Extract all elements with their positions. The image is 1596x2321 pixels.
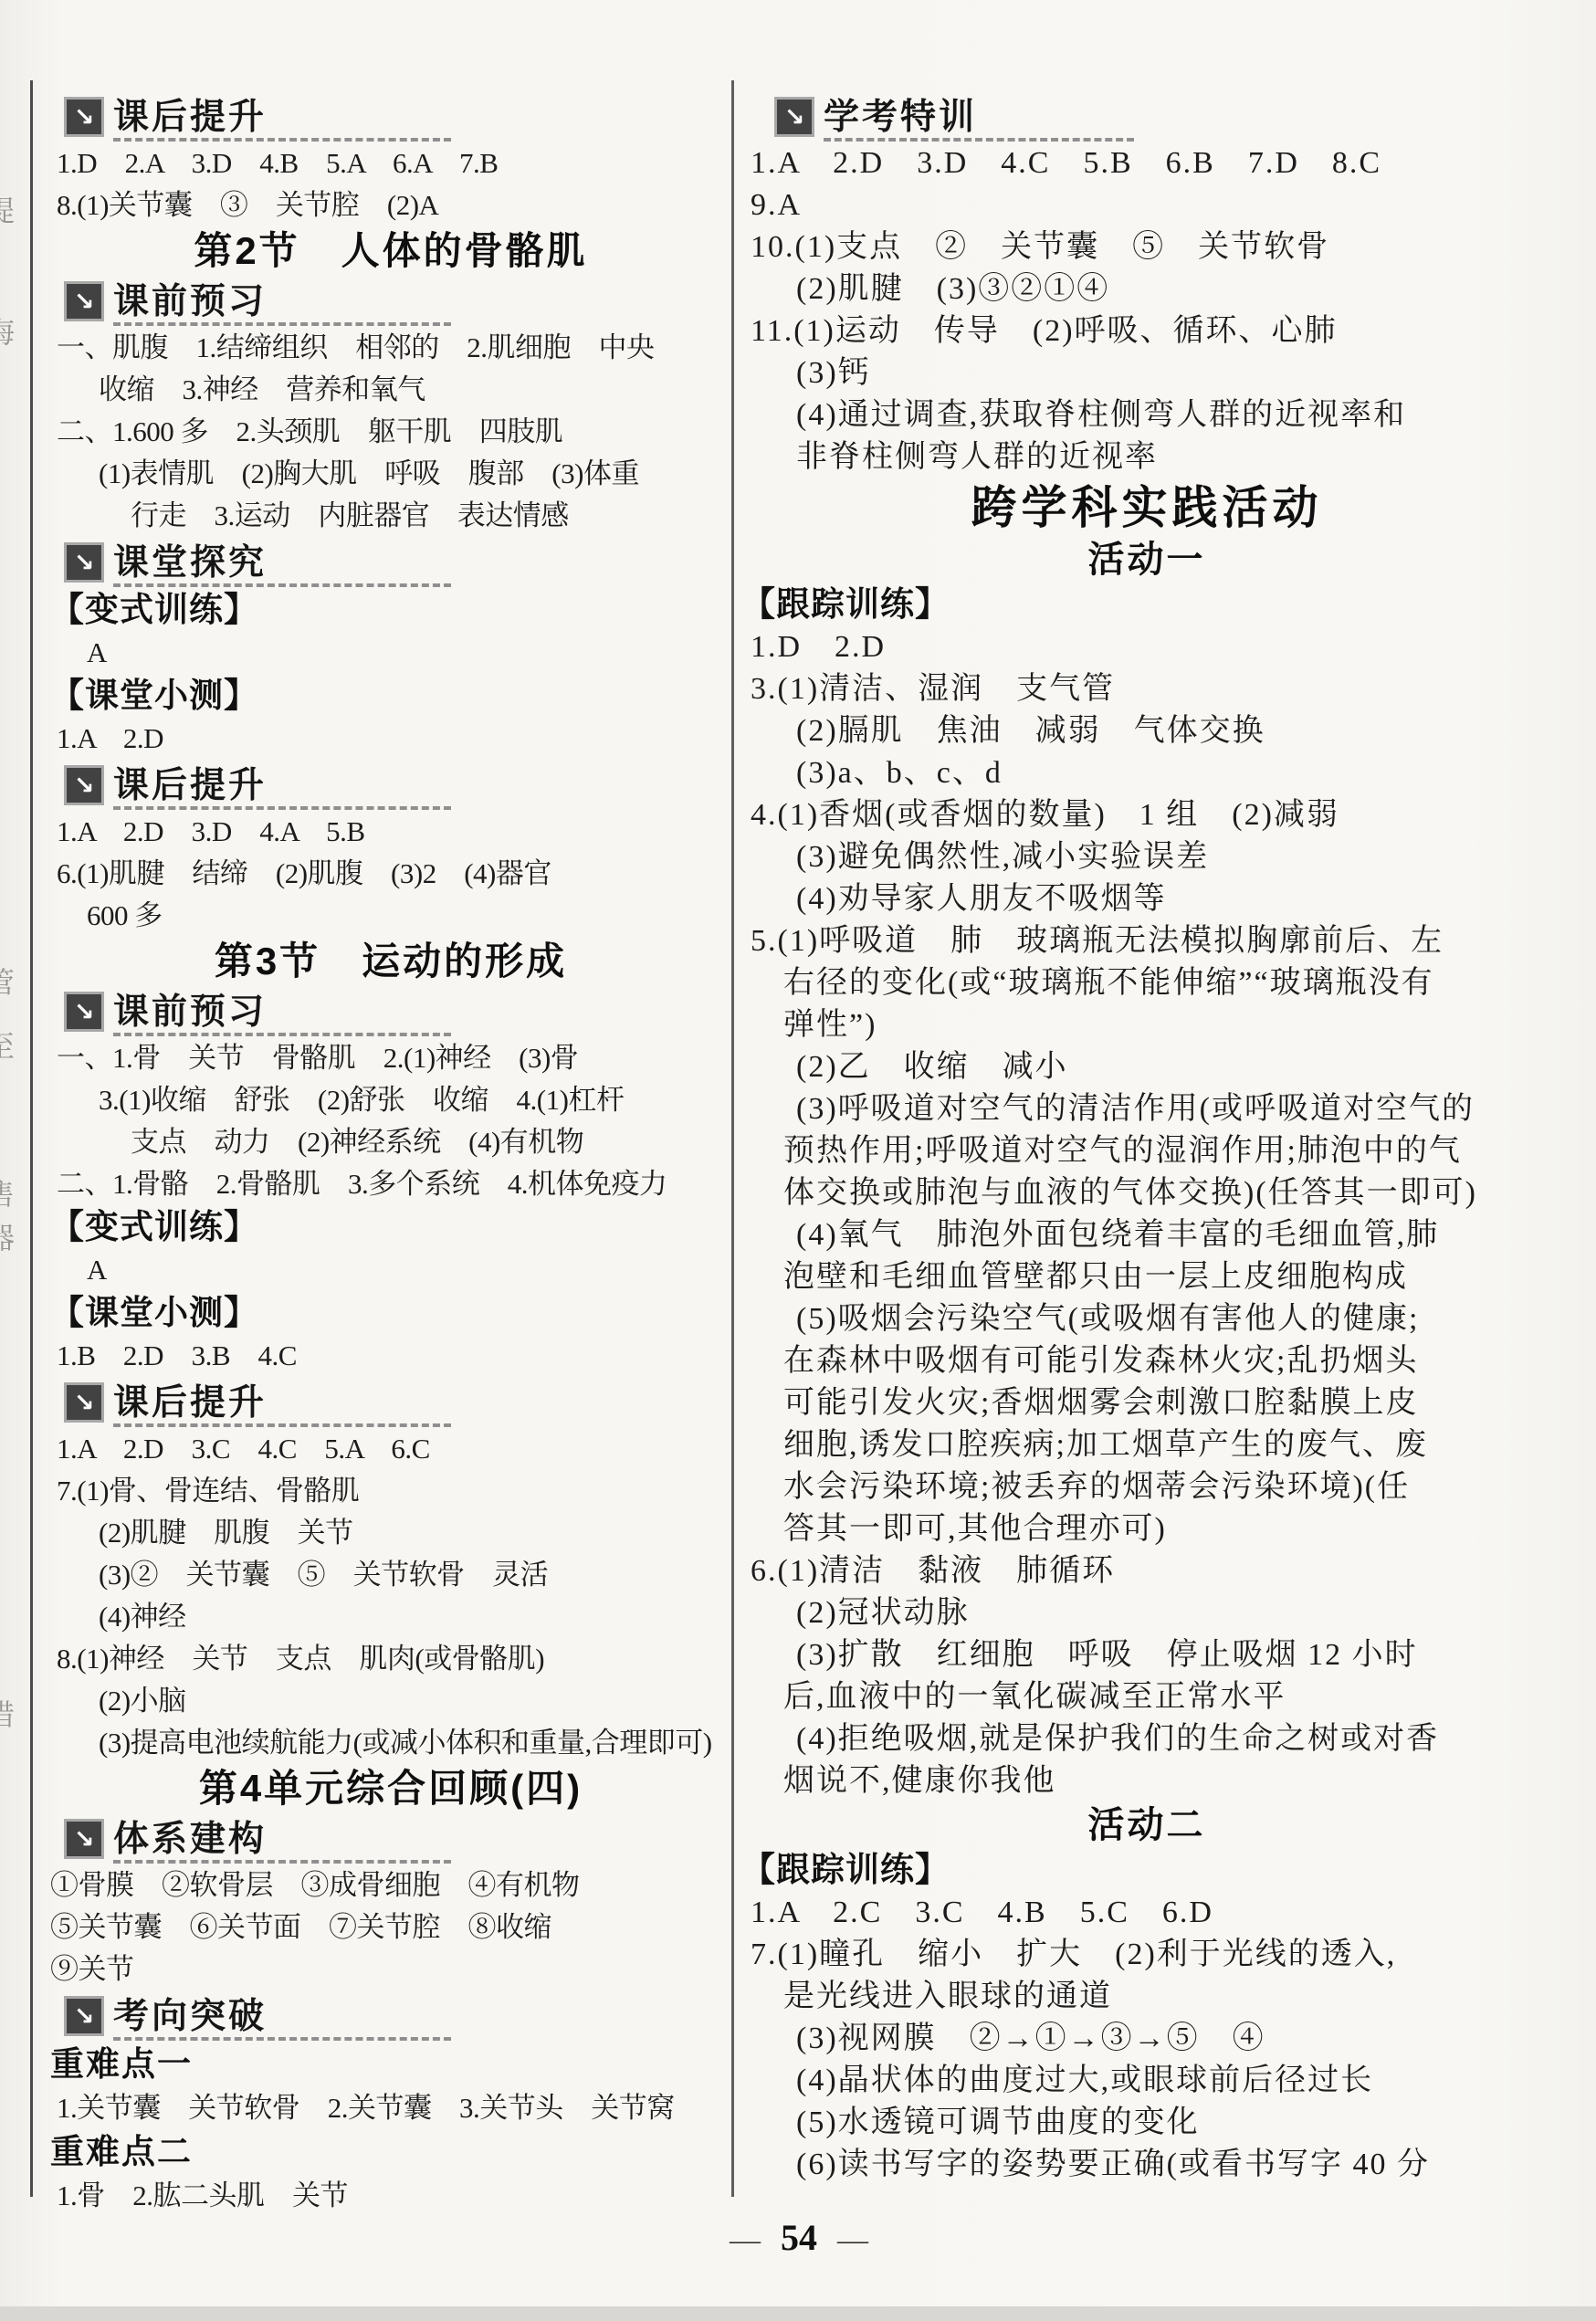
text-line: 7.(1)瞳孔 缩小 扩大 (2)利于光线的透入, [741,1934,1552,1976]
edge-artifact: 措 [0,1700,15,1729]
text-line: (4)晶状体的曲度过大,或眼球前后径过长 [741,2060,1552,2102]
text-line: ⑤关节囊 ⑥关节面 ⑦关节腔 ⑧收缩 [50,1906,731,1948]
arrow-badge-icon: ↘ [64,1382,104,1423]
text-line: A [50,1249,731,1291]
answer-line: 1.A 2.D 3.C 4.C 5.A 6.C [50,1428,731,1470]
section-header-underline [113,1860,451,1864]
answer-line: 1.A 2.D [50,718,731,760]
answer-line: 1.A 2.D 3.D 4.C 5.B 6.B 7.D 8.C [741,142,1552,184]
text-line: 3.(1)清洁、湿润 支气管 [741,668,1552,710]
answer-line: 1.B 2.D 3.B 4.C [50,1335,731,1377]
chapter-heading: 第4单元综合回顾(四) [50,1764,731,1813]
section-header-label: 课前预习 [113,284,267,320]
text-line: 右径的变化(或“玻璃瓶不能伸缩”“玻璃瓶没有 [741,962,1552,1004]
text-line: 细胞,诱发口腔疾病;加工烟草产生的废气、废 [741,1424,1552,1466]
text-line: (4)劝导家人朋友不吸烟等 [741,878,1552,920]
text-line: (4)神经 [50,1596,731,1638]
text-line: 10.(1)支点 ② 关节囊 ⑤ 关节软骨 [741,226,1552,268]
section-header-underline [113,2037,451,2041]
section-header: ↘课前预习 [50,986,731,1037]
bracket-heading: 【跟踪训练】 [741,1848,1552,1892]
text-line: 1.关节囊 关节软骨 2.关节囊 3.关节头 关节窝 [50,2087,731,2129]
section-header-underline [113,806,451,810]
text-line: ①骨膜 ②软骨层 ③成骨细胞 ④有机物 [50,1864,731,1906]
text-line: 3.(1)收缩 舒张 (2)舒张 收缩 4.(1)杠杆 [50,1079,731,1121]
edge-artifact: 器 [0,1224,15,1253]
page-number-dash-left: — [730,2223,761,2257]
page-edge-artifacts: 提海管至售器1措 [0,0,55,2321]
text-line: 答其一即可,其他合理亦可) [741,1508,1552,1550]
text-line: 7.(1)骨、骨连结、骨骼肌 [50,1470,731,1512]
text-line: 水会污染环境;被丢弃的烟蒂会污染环境)(任 [741,1466,1552,1508]
key-point-heading: 重难点二 [50,2129,731,2175]
chapter-heading: 第3节 运动的形成 [50,937,731,986]
text-line: 烟说不,健康你我他 [741,1760,1552,1802]
section-header-label: 学考特训 [824,100,977,135]
text-line: ⑨关节 [50,1948,731,1990]
section-header: ↘考向突破 [50,1990,731,2042]
section-header-underline [113,1423,451,1427]
text-line: 8.(1)关节囊 ③ 关节腔 (2)A [50,184,731,226]
text-line: (2)乙 收缩 减小 [741,1046,1552,1088]
section-header-underline [113,1033,451,1036]
text-line: (3)提高电池续航能力(或减小体积和重量,合理即可) [50,1722,731,1764]
section-header: ↘课堂探究 [50,537,731,588]
section-header-underline [113,322,451,326]
text-line: (2)冠状动脉 [741,1592,1552,1634]
text-line: (3)避免偶然性,减小实验误差 [741,836,1552,878]
bracket-heading: 【变式训练】 [50,588,731,632]
edge-artifact: 提 [0,196,15,226]
edge-artifact: 管 [0,968,15,997]
text-line: (6)读书写字的姿势要正确(或看书写字 40 分 [741,2144,1552,2186]
right-column: ↘学考特训1.A 2.D 3.D 4.C 5.B 6.B 7.D 8.C9.A1… [741,91,1552,2186]
text-line: 支点 动力 (2)神经系统 (4)有机物 [50,1121,731,1163]
text-line: A [50,632,731,674]
text-line: 6.(1)肌腱 结缔 (2)肌腹 (3)2 (4)器官 [50,853,731,895]
section-header-label: 课后提升 [113,100,267,135]
text-line: 后,血液中的一氧化碳减至正常水平 [741,1676,1552,1718]
text-line: 6.(1)清洁 黏液 肺循环 [741,1550,1552,1592]
text-line: (3)a、b、c、d [741,752,1552,794]
edge-artifact: 售 [0,1180,15,1209]
bracket-heading: 【课堂小测】 [50,1291,731,1335]
arrow-badge-icon: ↘ [774,97,814,137]
text-line: 可能引发火灾;香烟烟雾会刺激口腔黏膜上皮 [741,1382,1552,1424]
arrow-badge-icon: ↘ [64,992,104,1032]
text-line: 5.(1)呼吸道 肺 玻璃瓶无法模拟胸廓前后、左 [741,920,1552,962]
section-header-label: 课后提升 [113,768,267,803]
text-line: 一、肌腹 1.结缔组织 相邻的 2.肌细胞 中央 [50,327,731,369]
text-line: 一、1.骨 关节 骨骼肌 2.(1)神经 (3)骨 [50,1037,731,1079]
text-line: 预热作用;呼吸道对空气的湿润作用;肺泡中的气 [741,1130,1552,1172]
section-header-label: 课堂探究 [113,545,267,581]
text-line: (2)小脑 [50,1680,731,1722]
text-line: 二、1.600 多 2.头颈肌 躯干肌 四肢肌 [50,411,731,453]
text-line: (2)肌腱 (3)③②①④ [741,268,1552,310]
section-header: ↘体系建构 [50,1813,731,1864]
text-line: (4)氧气 肺泡外面包绕着丰富的毛细血管,肺 [741,1214,1552,1256]
page-number-value: 54 [781,2217,817,2258]
section-header-label: 课后提升 [113,1385,267,1421]
edge-artifact: 海 [0,318,15,347]
section-header: ↘学考特训 [741,91,1552,142]
arrow-badge-icon: ↘ [64,97,104,137]
workbook-answer-page: 提海管至售器1措 ↘课后提升1.D 2.A 3.D 4.B 5.A 6.A 7.… [0,0,1596,2321]
text-line: (4)通过调查,获取脊柱侧弯人群的近视率和 [741,394,1552,436]
answer-line: 9.A [741,184,1552,226]
section-header: ↘课后提升 [50,91,731,142]
edge-artifact: 至 [0,1032,15,1061]
arrow-badge-icon: ↘ [64,765,104,805]
section-header-label: 考向突破 [113,1999,267,2034]
text-line: 行走 3.运动 内脏器官 表达情感 [50,495,731,537]
arrow-badge-icon: ↘ [64,1819,104,1859]
text-line: 是光线进入眼球的通道 [741,1976,1552,2018]
text-line: (3)② 关节囊 ⑤ 关节软骨 灵活 [50,1554,731,1596]
answer-line: 1.D 2.A 3.D 4.B 5.A 6.A 7.B [50,142,731,184]
section-header: ↘课后提升 [50,1377,731,1428]
key-point-heading: 重难点一 [50,2042,731,2087]
column-divider-rule [731,80,734,2197]
text-line: 在森林中吸烟有可能引发森林火灾;乱扔烟头 [741,1340,1552,1382]
text-line: 11.(1)运动 传导 (2)呼吸、循环、心肺 [741,310,1552,352]
unit-heading: 跨学科实践活动 [741,478,1552,537]
left-column: ↘课后提升1.D 2.A 3.D 4.B 5.A 6.A 7.B8.(1)关节囊… [50,91,731,2217]
text-line: 8.(1)神经 关节 支点 肌肉(或骨骼肌) [50,1638,731,1680]
text-line: (5)水透镜可调节曲度的变化 [741,2102,1552,2144]
text-line: (3)扩散 红细胞 呼吸 停止吸烟 12 小时 [741,1634,1552,1676]
text-line: (4)拒绝吸烟,就是保护我们的生命之树或对香 [741,1718,1552,1760]
text-line: (2)肌腱 肌腹 关节 [50,1512,731,1554]
section-header: ↘课前预习 [50,276,731,327]
bracket-heading: 【跟踪训练】 [741,583,1552,626]
activity-heading: 活动二 [741,1802,1552,1848]
text-line: (5)吸烟会污染空气(或吸烟有害他人的健康; [741,1298,1552,1340]
text-line: 4.(1)香烟(或香烟的数量) 1 组 (2)减弱 [741,794,1552,836]
text-line: 非脊柱侧弯人群的近视率 [741,436,1552,478]
text-line: (3)视网膜 ②→①→③→⑤ ④ [741,2018,1552,2060]
text-line: (3)钙 [741,352,1552,394]
page-number: —54— [639,2217,959,2262]
arrow-badge-icon: ↘ [64,542,104,583]
answer-line: 1.D 2.D [741,626,1552,668]
text-line: 泡壁和毛细血管壁都只由一层上皮细胞构成 [741,1256,1552,1298]
text-line: (2)膈肌 焦油 减弱 气体交换 [741,710,1552,752]
section-header-underline [824,138,1134,142]
answer-line: 1.A 2.D 3.D 4.A 5.B [50,811,731,853]
text-line: 体交换或肺泡与血液的气体交换)(任答其一即可) [741,1172,1552,1214]
text-line: 二、1.骨骼 2.骨骼肌 3.多个系统 4.机体免疫力 [50,1163,731,1205]
bracket-heading: 【课堂小测】 [50,674,731,718]
text-line: 收缩 3.神经 营养和氧气 [50,369,731,411]
left-margin-rule [30,80,33,2197]
chapter-heading: 第2节 人体的骨骼肌 [50,226,731,276]
text-line: 弹性”) [741,1004,1552,1046]
section-header: ↘课后提升 [50,760,731,811]
arrow-badge-icon: ↘ [64,1996,104,2036]
activity-heading: 活动一 [741,537,1552,583]
section-header-underline [113,583,451,587]
text-line: (3)呼吸道对空气的清洁作用(或呼吸道对空气的 [741,1088,1552,1130]
text-line: 600 多 [50,895,731,937]
text-line: (1)表情肌 (2)胸大肌 呼吸 腹部 (3)体重 [50,453,731,495]
section-header-label: 体系建构 [113,1822,267,1857]
bracket-heading: 【变式训练】 [50,1205,731,1249]
text-line: 1.骨 2.肱二头肌 关节 [50,2175,731,2217]
answer-line: 1.A 2.C 3.C 4.B 5.C 6.D [741,1892,1552,1934]
section-header-underline [113,138,451,142]
scan-bottom-edge [0,2306,1596,2321]
arrow-badge-icon: ↘ [64,281,104,321]
page-number-dash-right: — [837,2223,868,2257]
section-header-label: 课前预习 [113,994,267,1030]
